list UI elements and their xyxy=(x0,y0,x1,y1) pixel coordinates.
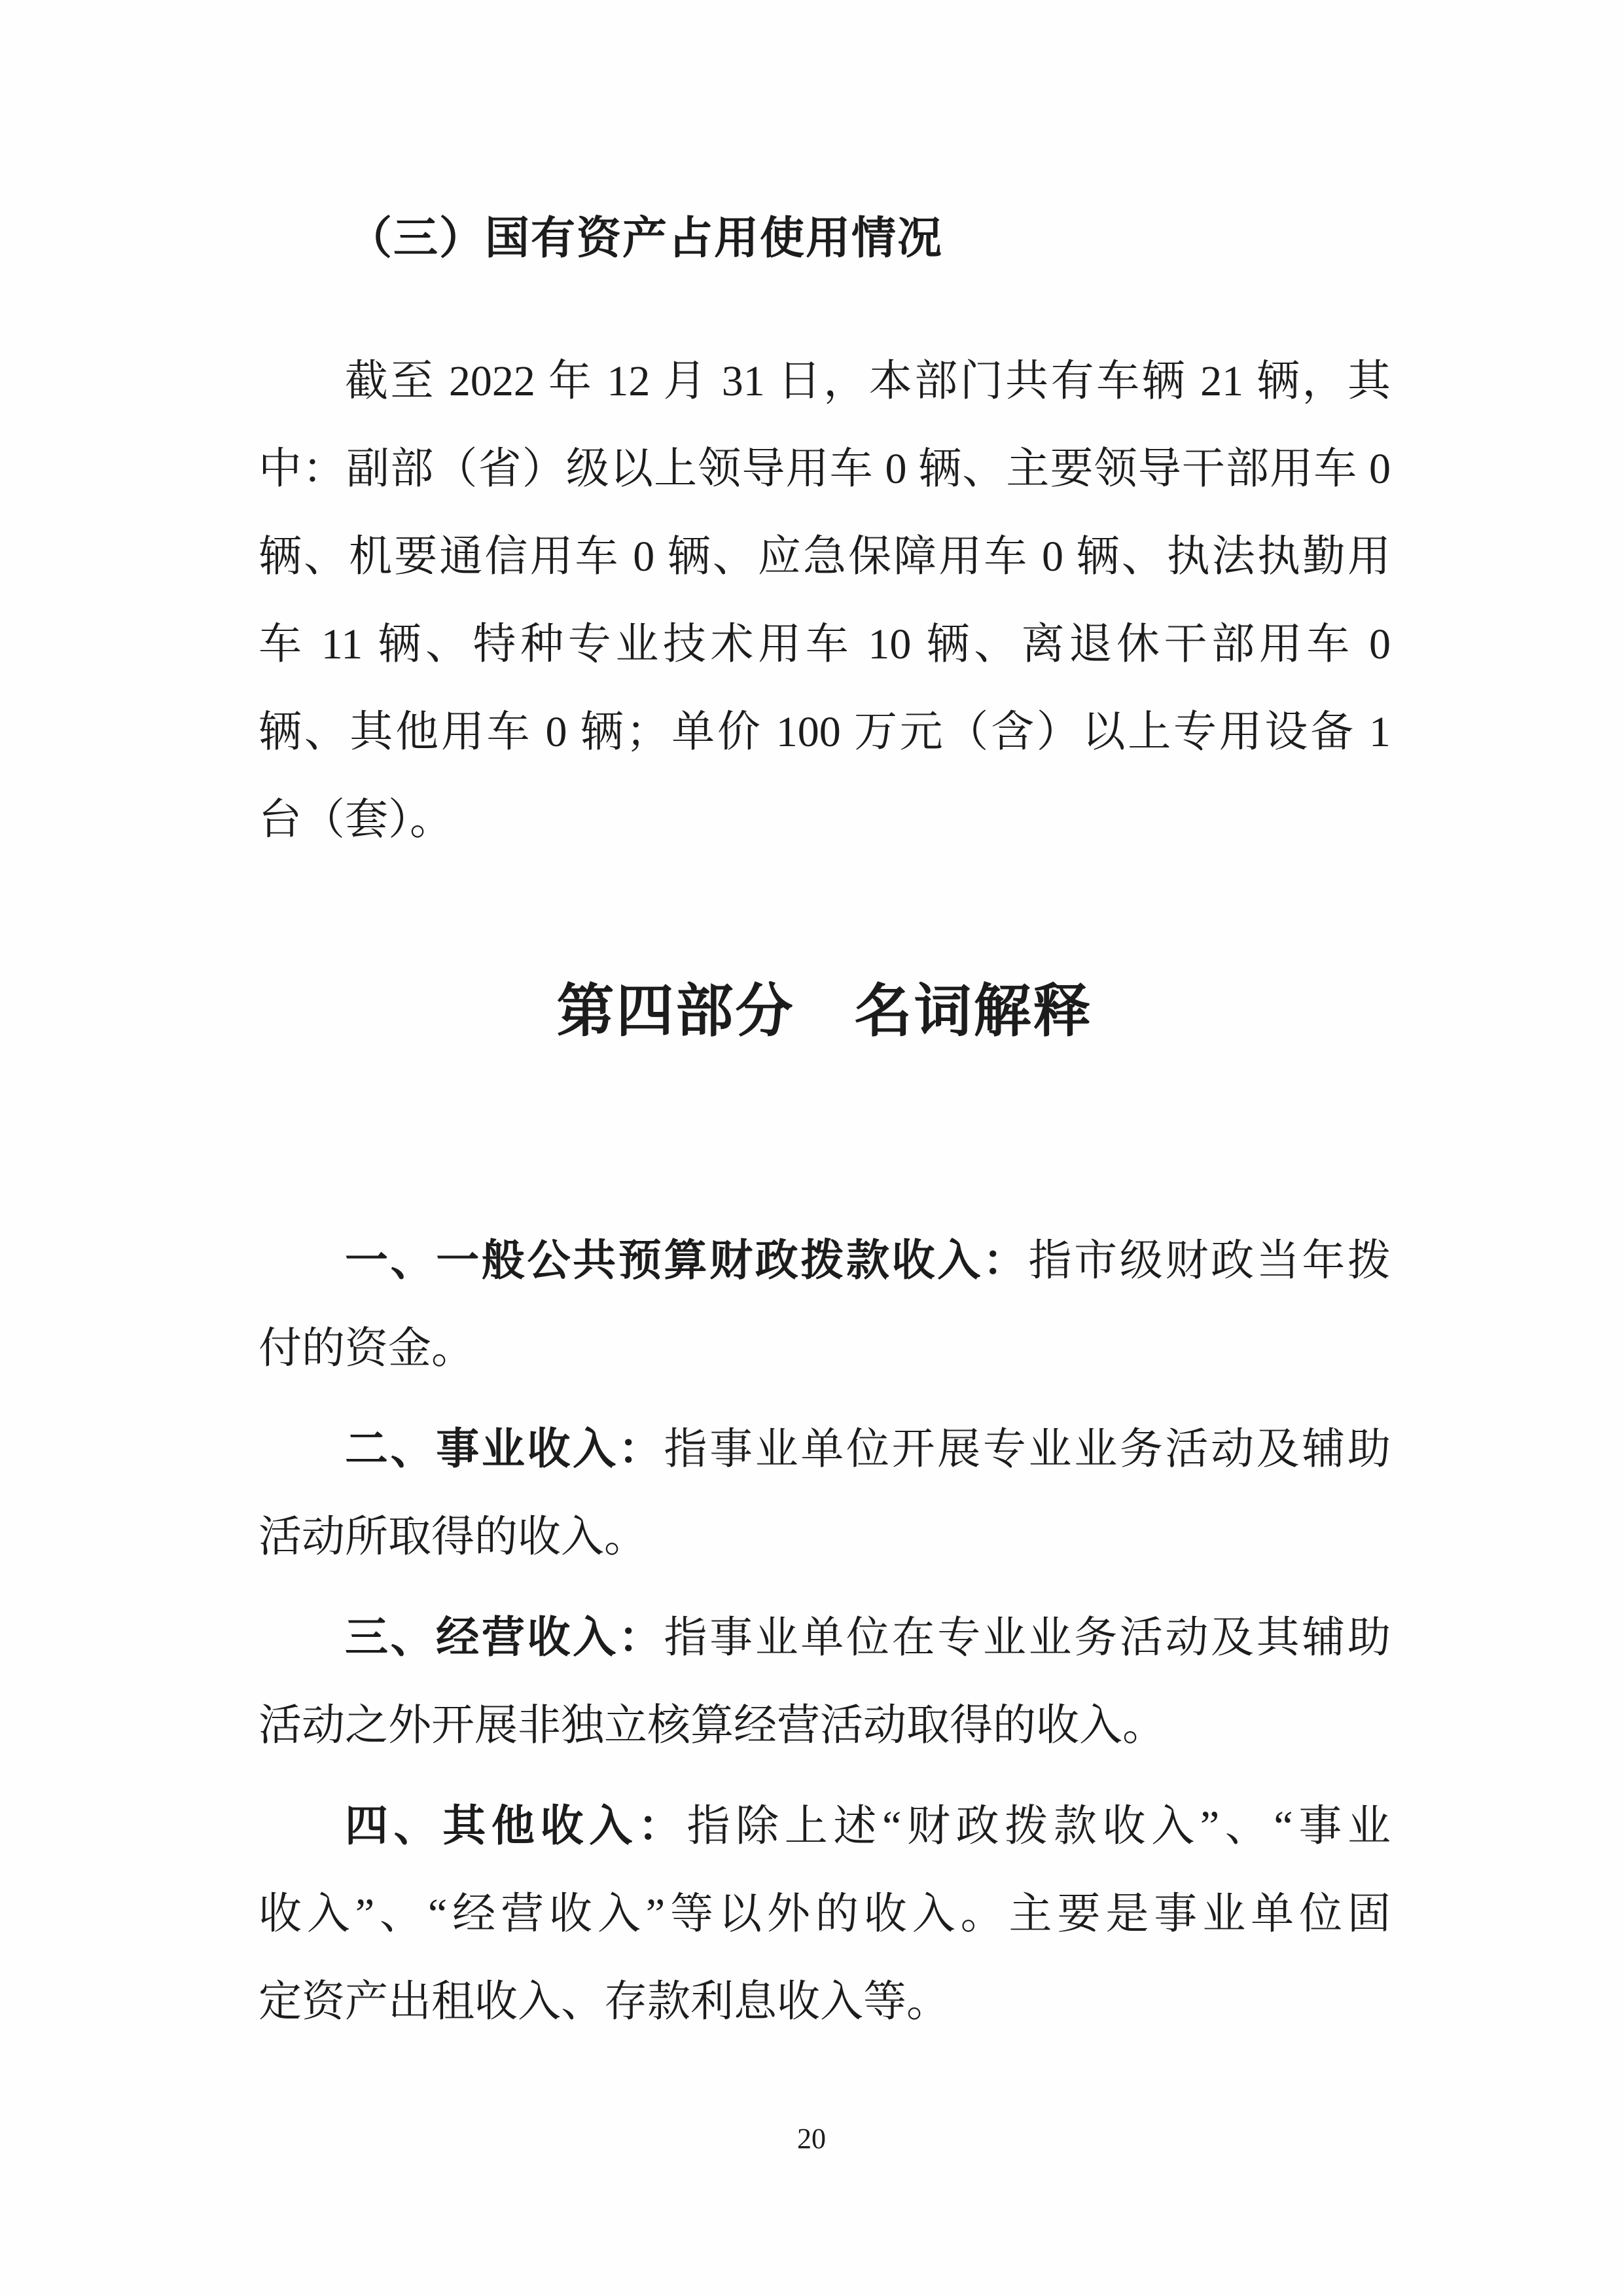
definition-paragraph: 二、事业收入：指事业单位开展专业业务活动及辅助活动所取得的收入。 xyxy=(259,1406,1391,1581)
definition-term: 四、其他收入： xyxy=(345,1803,687,1850)
definition-paragraph: 一、一般公共预算财政拨款收入：指市级财政当年拨付的资金。 xyxy=(259,1217,1391,1393)
text-line: 一、一般公共预算财政拨款收入：指市级财政当年拨 xyxy=(259,1217,1391,1305)
text-line: 三、经营收入：指事业单位在专业业务活动及其辅助 xyxy=(259,1594,1391,1682)
section-heading: （三）国有资产占用使用情况 xyxy=(259,208,1391,268)
asset-usage-paragraph: 截至 2022 年 12 月 31 日，本部门共有车辆 21 辆，其中：副部（省… xyxy=(259,338,1391,864)
text-column: （三）国有资产占用使用情况 截至 2022 年 12 月 31 日，本部门共有车… xyxy=(259,0,1391,2059)
part-title: 第四部分 名词解释 xyxy=(259,975,1391,1047)
text-line: 截至 2022 年 12 月 31 日，本部门共有车辆 21 辆，其 xyxy=(259,338,1391,425)
definition-paragraph: 三、经营收入：指事业单位在专业业务活动及其辅助活动之外开展非独立核算经营活动取得… xyxy=(259,1594,1391,1770)
definition-paragraph: 四、其他收入：指除上述“财政拨款收入”、“事业收入”、“经营收入”等以外的收入。… xyxy=(259,1783,1391,2046)
text-line: 车 11 辆、特种专业技术用车 10 辆、离退休干部用车 0 xyxy=(259,601,1391,689)
text-line: 活动所取得的收入。 xyxy=(259,1494,1391,1581)
text-line: 台（套）。 xyxy=(259,776,1391,864)
document-page: （三）国有资产占用使用情况 截至 2022 年 12 月 31 日，本部门共有车… xyxy=(0,0,1623,2296)
definitions: 一、一般公共预算财政拨款收入：指市级财政当年拨付的资金。二、事业收入：指事业单位… xyxy=(259,1217,1391,2046)
text-line: 定资产出租收入、存款利息收入等。 xyxy=(259,1958,1391,2046)
text-line: 四、其他收入：指除上述“财政拨款收入”、“事业 xyxy=(259,1783,1391,1871)
text-line: 中：副部（省）级以上领导用车 0 辆、主要领导干部用车 0 xyxy=(259,425,1391,513)
text-line: 活动之外开展非独立核算经营活动取得的收入。 xyxy=(259,1682,1391,1770)
definition-term: 二、事业收入： xyxy=(345,1426,664,1473)
page-number: 20 xyxy=(0,2119,1623,2159)
text-line: 付的资金。 xyxy=(259,1305,1391,1393)
definition-term: 三、经营收入： xyxy=(345,1614,664,1662)
text-line: 二、事业收入：指事业单位开展专业业务活动及辅助 xyxy=(259,1406,1391,1494)
definition-term: 一、一般公共预算财政拨款收入： xyxy=(345,1237,1029,1285)
text-line: 辆、机要通信用车 0 辆、应急保障用车 0 辆、执法执勤用 xyxy=(259,513,1391,601)
text-line: 辆、其他用车 0 辆；单价 100 万元（含）以上专用设备 1 xyxy=(259,689,1391,776)
text-line: 收入”、“经营收入”等以外的收入。主要是事业单位固 xyxy=(259,1871,1391,1958)
